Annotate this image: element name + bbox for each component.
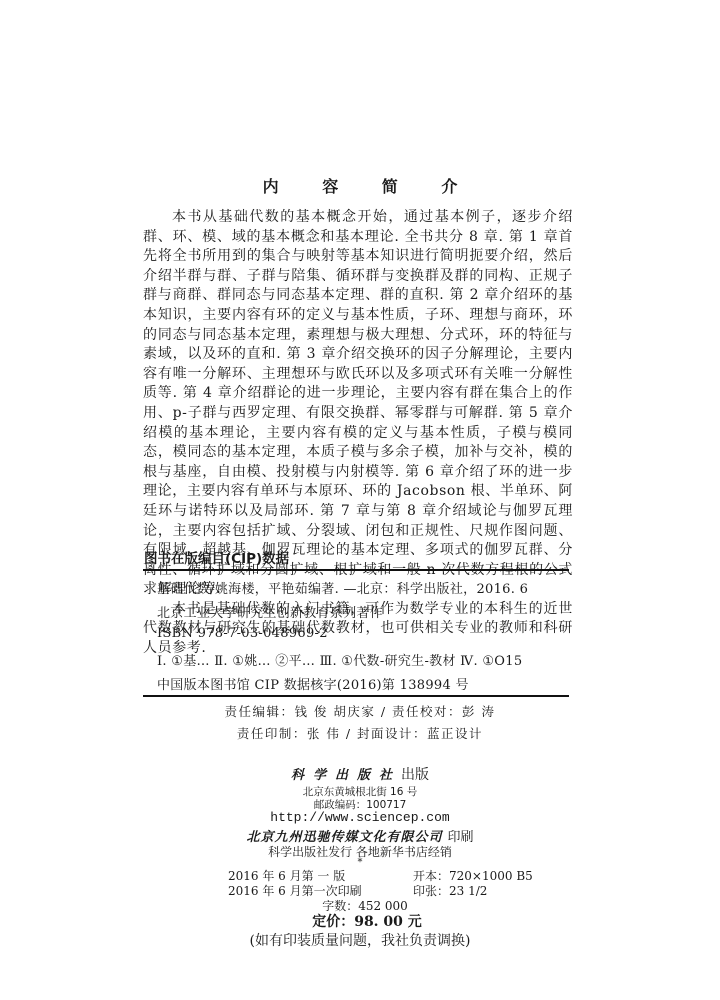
cip-record-number: 中国版本图书馆 CIP 数据核字(2016)第 138994 号: [157, 674, 469, 693]
publisher-name: 科学出版社: [291, 768, 401, 783]
cip-heading: 图书在版编目(CIP)数据: [144, 547, 289, 567]
cip-bottom-rule: [143, 695, 569, 697]
cip-line: 北京工业大学研究生创新教育系列著作: [157, 602, 383, 621]
publisher-url: http://www.sciencep.com: [0, 810, 720, 825]
page-title: 内 容 简 介: [0, 174, 720, 197]
cip-line: 基础代数/姚海楼，平艳茹编著. —北京：科学出版社，2016. 6: [157, 578, 528, 597]
sheets: 印张：23 1/2: [413, 884, 487, 898]
cip-isbn: ISBN 978-7-03-048969-2: [157, 626, 328, 641]
price: 定价：98. 00 元: [0, 911, 720, 931]
publisher-line: 科学出版社出版: [0, 764, 720, 784]
credits-production: 责任印制：张 伟 / 封面设计：蓝正设计: [0, 724, 720, 742]
quality-note: (如有印装质量问题，我社负责调换): [0, 930, 720, 950]
cip-classification: Ⅰ. ①基… Ⅱ. ①姚… ②平… Ⅲ. ①代数-研究生-教材 Ⅳ. ①O15: [157, 650, 522, 669]
abstract-paragraph: 本书从基础代数的基本概念开始，通过基本例子，逐步介绍群、环、模、域的基本概念和基…: [143, 208, 573, 600]
credits-editors: 责任编辑：钱 俊 胡庆家 / 责任校对：彭 涛: [0, 702, 720, 720]
cip-top-rule: [143, 569, 569, 571]
publisher-suffix: 出版: [401, 767, 429, 783]
format: 开本：720×1000 B5: [413, 869, 533, 883]
